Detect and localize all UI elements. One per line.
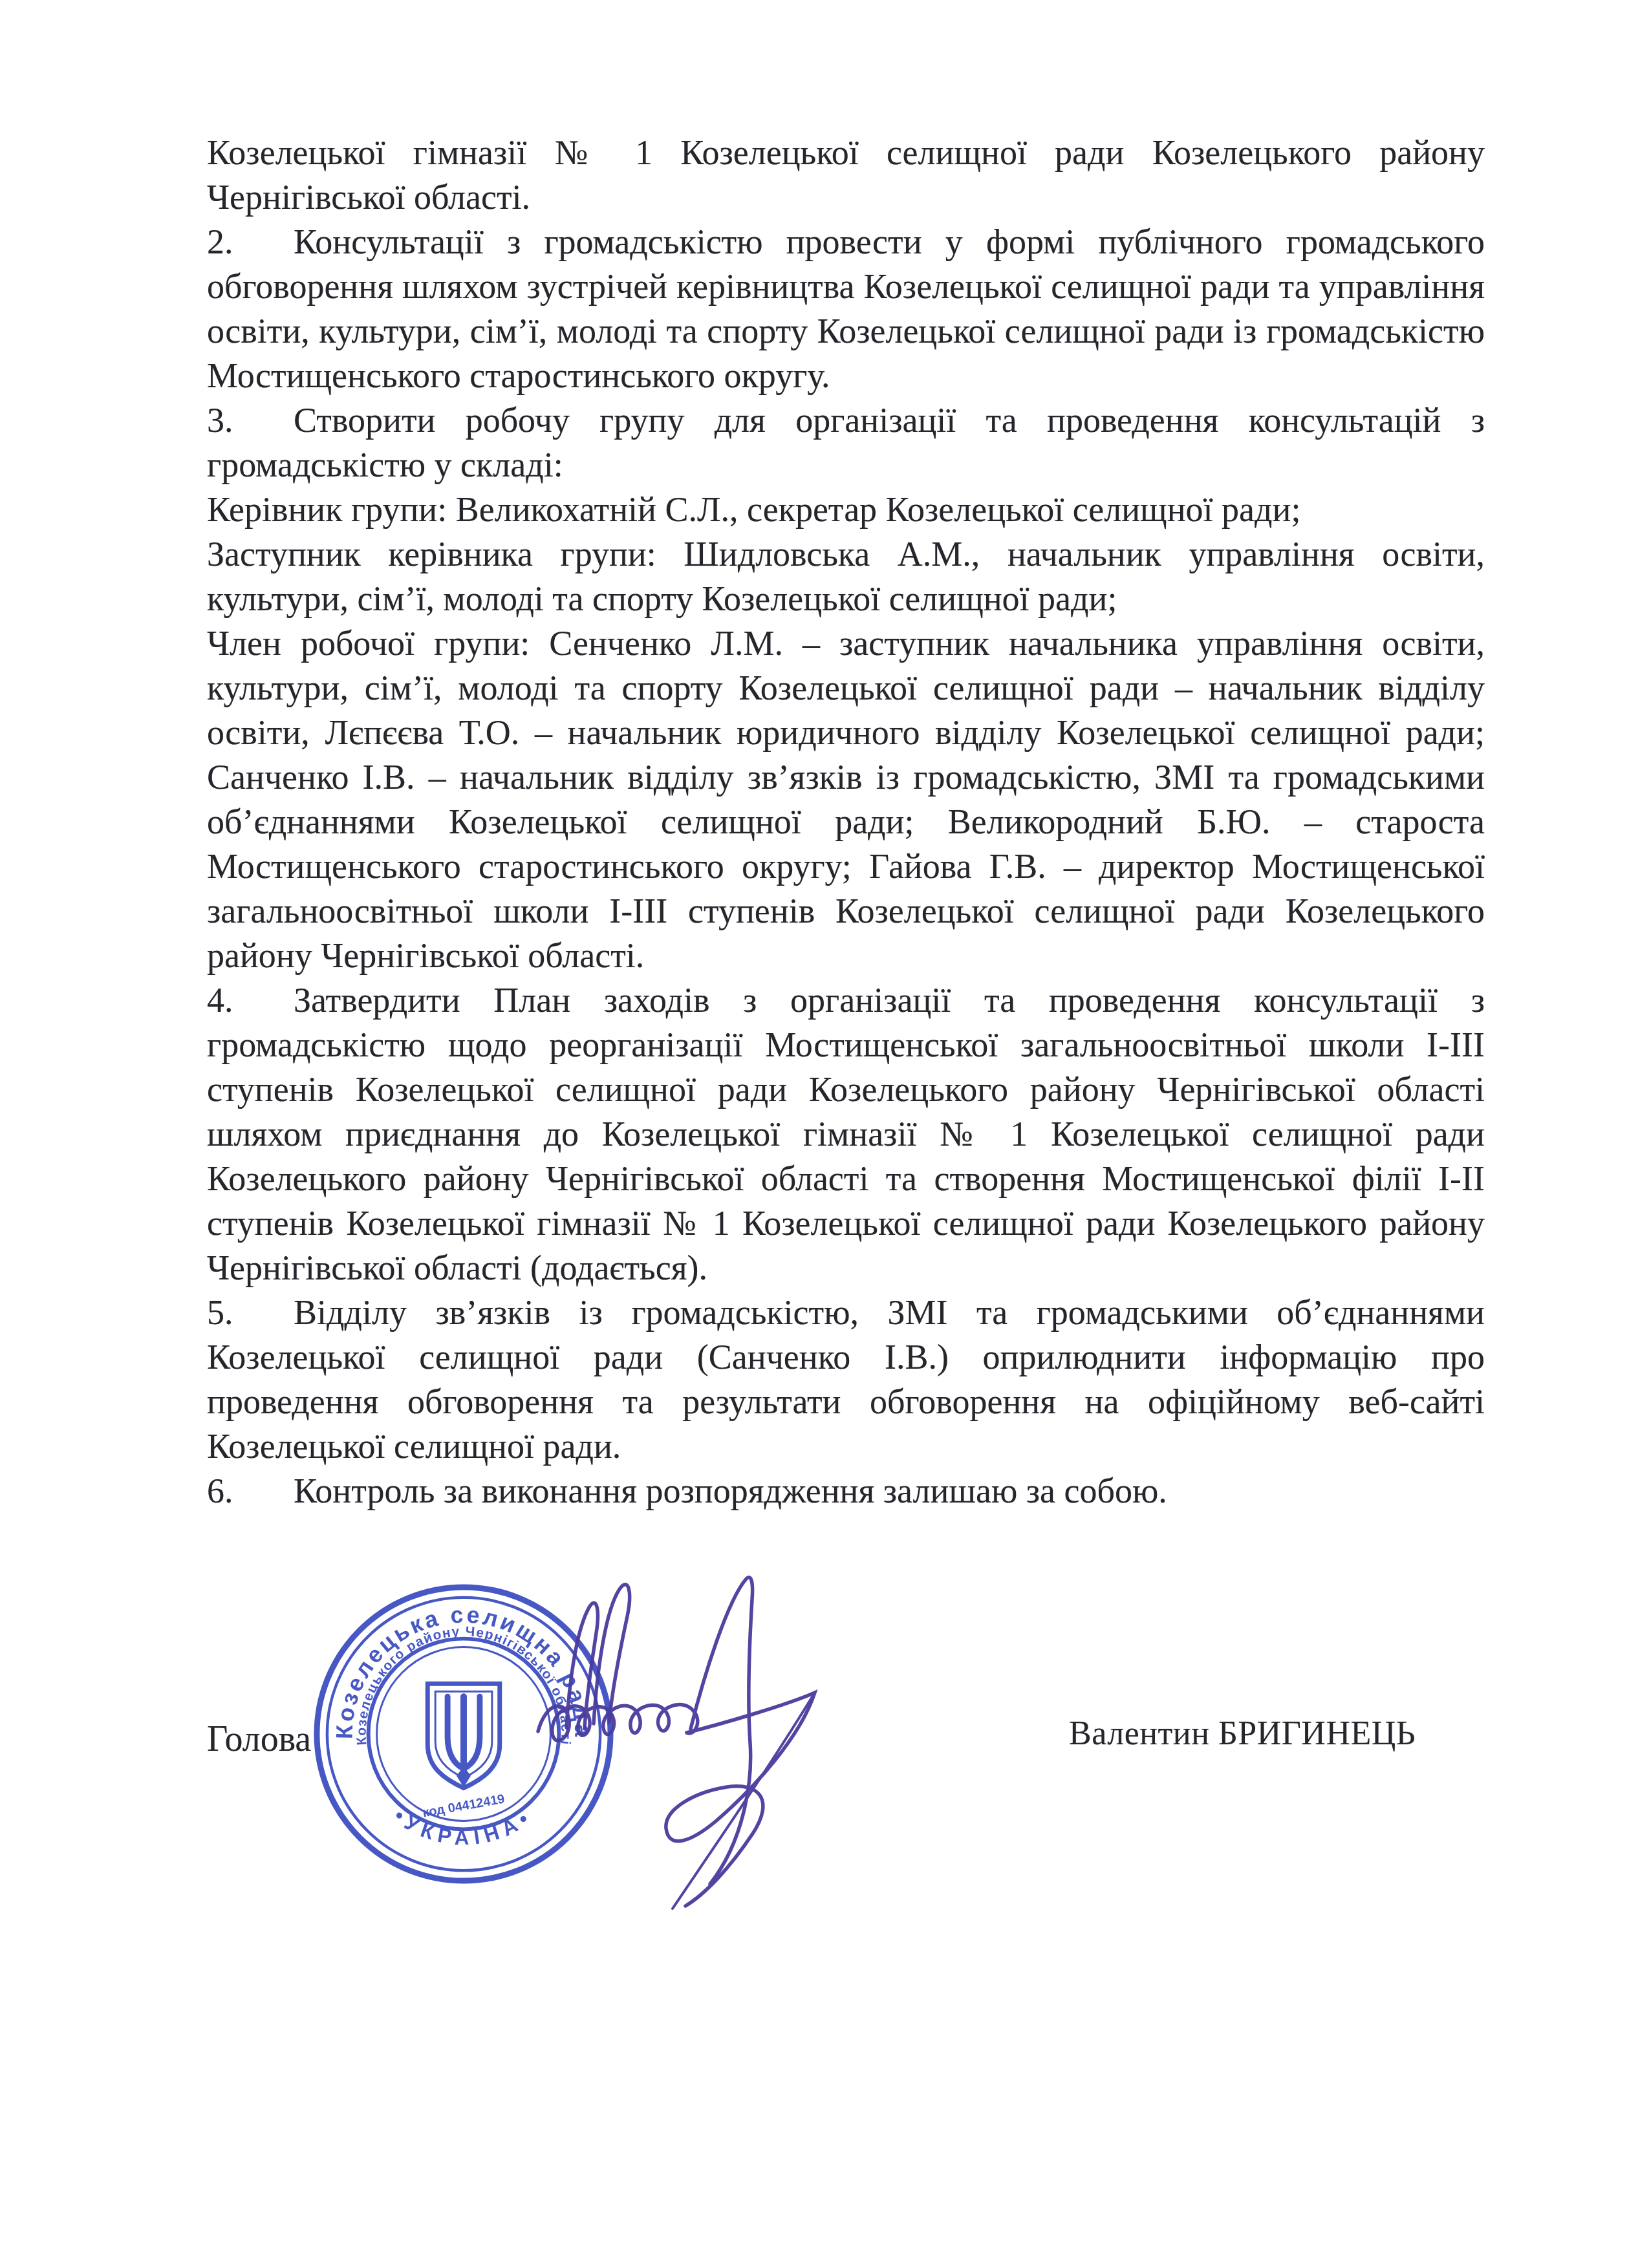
- signature-crossing-line: [673, 1693, 815, 1909]
- paragraph-text: Відділу зв’язків із громадськістю, ЗМІ т…: [207, 1293, 1485, 1466]
- trident-shield-icon: [427, 1684, 500, 1788]
- document-paragraph: Керівник групи: Великохатній С.Л., секре…: [207, 487, 1485, 532]
- document-paragraph: 6.Контроль за виконання розпорядження за…: [207, 1469, 1485, 1514]
- document-body: Козелецької гімназії № 1 Козелецької сел…: [207, 131, 1485, 1514]
- signature-right-flourish: [666, 1693, 815, 1906]
- document-paragraph: 2.Консультації з громадськістю провести …: [207, 220, 1485, 398]
- paragraph-text: Козелецької гімназії № 1 Козелецької сел…: [207, 133, 1485, 217]
- paragraph-text: Створити робочу групу для організації та…: [207, 401, 1485, 484]
- paragraph-text: Заступник керівника групи: Шидловська А.…: [207, 535, 1485, 618]
- document-paragraph: 4.Затвердити План заходів з організації …: [207, 978, 1485, 1290]
- signature-ink: [497, 1549, 846, 1924]
- paragraph-number: 2.: [207, 220, 294, 264]
- signatory-title: Голова: [207, 1720, 311, 1759]
- paragraph-number: 3.: [207, 398, 294, 443]
- paragraph-text: Член робочої групи: Сенченко Л.М. – заст…: [207, 624, 1485, 975]
- document-paragraph: Заступник керівника групи: Шидловська А.…: [207, 532, 1485, 621]
- scanned-document-page: Козелецької гімназії № 1 Козелецької сел…: [0, 0, 1649, 2268]
- paragraph-text: Затвердити План заходів з організації та…: [207, 981, 1485, 1287]
- paragraph-text: Консультації з громадськістю провести у …: [207, 222, 1485, 395]
- signatory-name: Валентин БРИГИНЕЦЬ: [1069, 1715, 1416, 1753]
- paragraph-text: Керівник групи: Великохатній С.Л., секре…: [207, 490, 1300, 529]
- signature-coil-band: [538, 1705, 698, 1741]
- paragraph-number: 6.: [207, 1469, 294, 1514]
- document-paragraph: Козелецької гімназії № 1 Козелецької сел…: [207, 131, 1485, 220]
- paragraph-text: Контроль за виконання розпорядження зали…: [294, 1471, 1167, 1510]
- paragraph-number: 4.: [207, 978, 294, 1023]
- document-paragraph: 3.Створити робочу групу для організації …: [207, 398, 1485, 487]
- document-paragraph: Член робочої групи: Сенченко Л.М. – заст…: [207, 621, 1485, 978]
- document-paragraph: 5.Відділу зв’язків із громадськістю, ЗМІ…: [207, 1290, 1485, 1469]
- paragraph-number: 5.: [207, 1290, 294, 1335]
